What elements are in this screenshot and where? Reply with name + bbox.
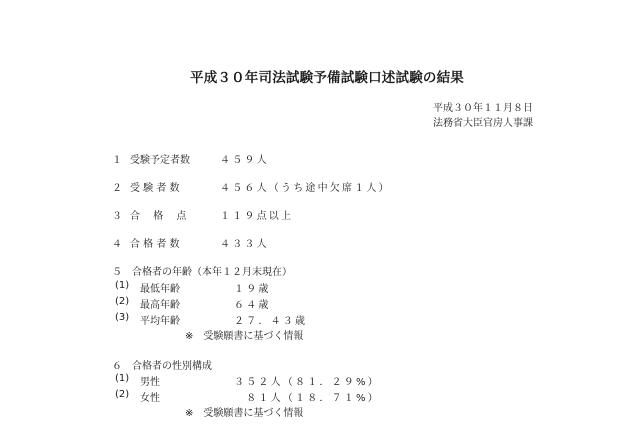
- row-number: (3): [115, 312, 129, 323]
- document-title: 平成３０年司法試験予備試験口述試験の結果: [190, 66, 464, 86]
- row-value: ３５２人（８１．２９%）: [234, 373, 380, 388]
- item-value: ４５６人（うち途中欠席１人）: [220, 179, 391, 194]
- item-label: 受験予定者数: [130, 151, 190, 166]
- item-value: ４５９人: [220, 151, 269, 166]
- row-value: ６４歳: [234, 296, 271, 311]
- row-number: (2): [115, 389, 129, 400]
- row-value: ２７．４３歳: [234, 312, 307, 327]
- item-label: 合 格 者 数: [130, 235, 180, 250]
- row-number: (2): [115, 296, 129, 307]
- source-note: ※ 受験願書に基づく情報: [185, 327, 303, 342]
- row-value: １９歳: [234, 280, 271, 295]
- source-note: ※ 受験願書に基づく情報: [185, 404, 303, 419]
- row-label: 女性: [140, 389, 160, 404]
- row-label: 平均年齢: [140, 312, 180, 327]
- item-number: １: [112, 151, 122, 166]
- section-heading: ６ 合格者の性別構成: [112, 357, 212, 372]
- row-number: (1): [115, 280, 129, 291]
- document-department: 法務省大臣官房人事課: [433, 114, 533, 129]
- section-heading: ５ 合格者の年齢（本年１２月末現在）: [112, 263, 292, 278]
- row-label: 最低年齢: [140, 280, 180, 295]
- item-label: 受 験 者 数: [130, 179, 180, 194]
- row-label: 最高年齢: [140, 296, 180, 311]
- row-number: (1): [115, 373, 129, 384]
- item-label: 合 格 点: [130, 207, 186, 222]
- item-value: １１９点以上: [220, 207, 293, 222]
- document-date: 平成３０年１１月８日: [433, 99, 533, 114]
- item-value: ４３３人: [220, 235, 269, 250]
- item-number: ３: [112, 207, 122, 222]
- item-number: ２: [112, 179, 122, 194]
- row-label: 男性: [140, 373, 160, 388]
- item-number: ４: [112, 235, 122, 250]
- row-value: ８１人（１８．７１%）: [234, 389, 380, 404]
